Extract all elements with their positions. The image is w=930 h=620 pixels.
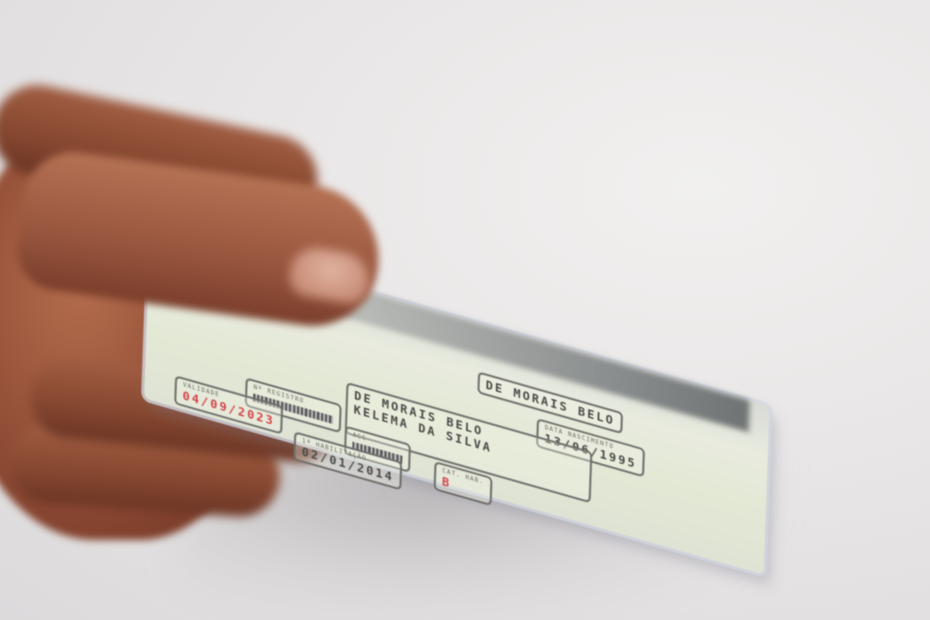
category-value: B: [442, 474, 452, 490]
